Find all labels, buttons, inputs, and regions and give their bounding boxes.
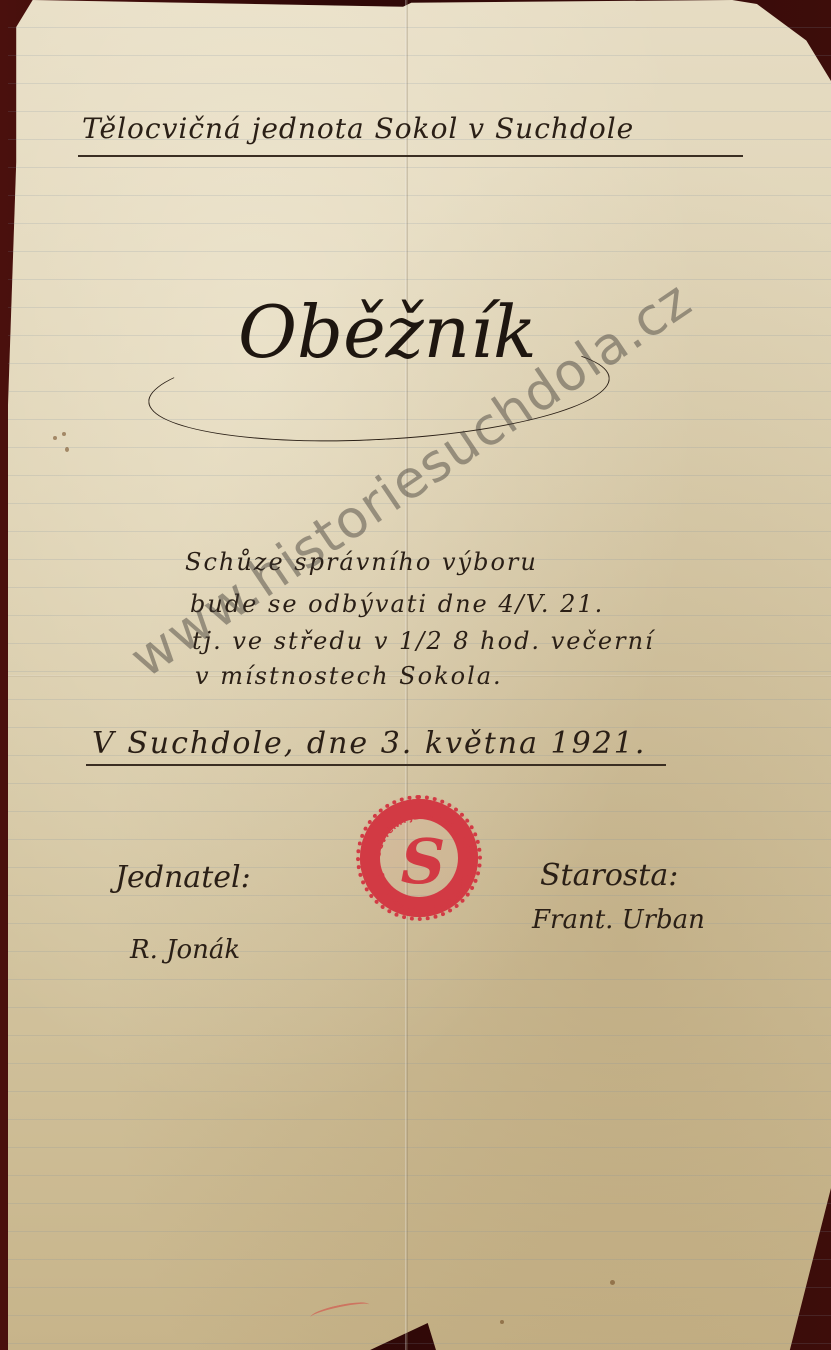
chairman-signature: Frant. Urban <box>532 905 705 935</box>
organization-header: Tělocvičná jednota Sokol v Suchdole <box>82 112 634 145</box>
ink-speck <box>62 432 66 436</box>
header-underline <box>78 155 743 157</box>
chairman-label: Starosta: <box>540 858 678 893</box>
stamp-monogram: S <box>400 827 446 897</box>
body-line: v místnostech Sokola. <box>195 662 503 690</box>
sokol-stamp: TĚLOCVIČNÁ JEDNOTA „SOKOL" PODBABA-DOLNÍ… <box>356 795 482 921</box>
document-title: Oběžník <box>238 290 537 374</box>
place-and-date: V Suchdole, dne 3. května 1921. <box>92 726 646 761</box>
ink-speck <box>53 436 57 440</box>
date-underline <box>86 764 666 766</box>
secretary-signature: R. Jonák <box>130 935 240 965</box>
secretary-label: Jednatel: <box>115 860 251 895</box>
body-line: tj. ve středu v 1/2 8 hod. večerní <box>192 627 655 655</box>
ink-speck <box>500 1320 504 1324</box>
ink-speck <box>610 1280 615 1285</box>
ink-speck <box>65 447 69 452</box>
